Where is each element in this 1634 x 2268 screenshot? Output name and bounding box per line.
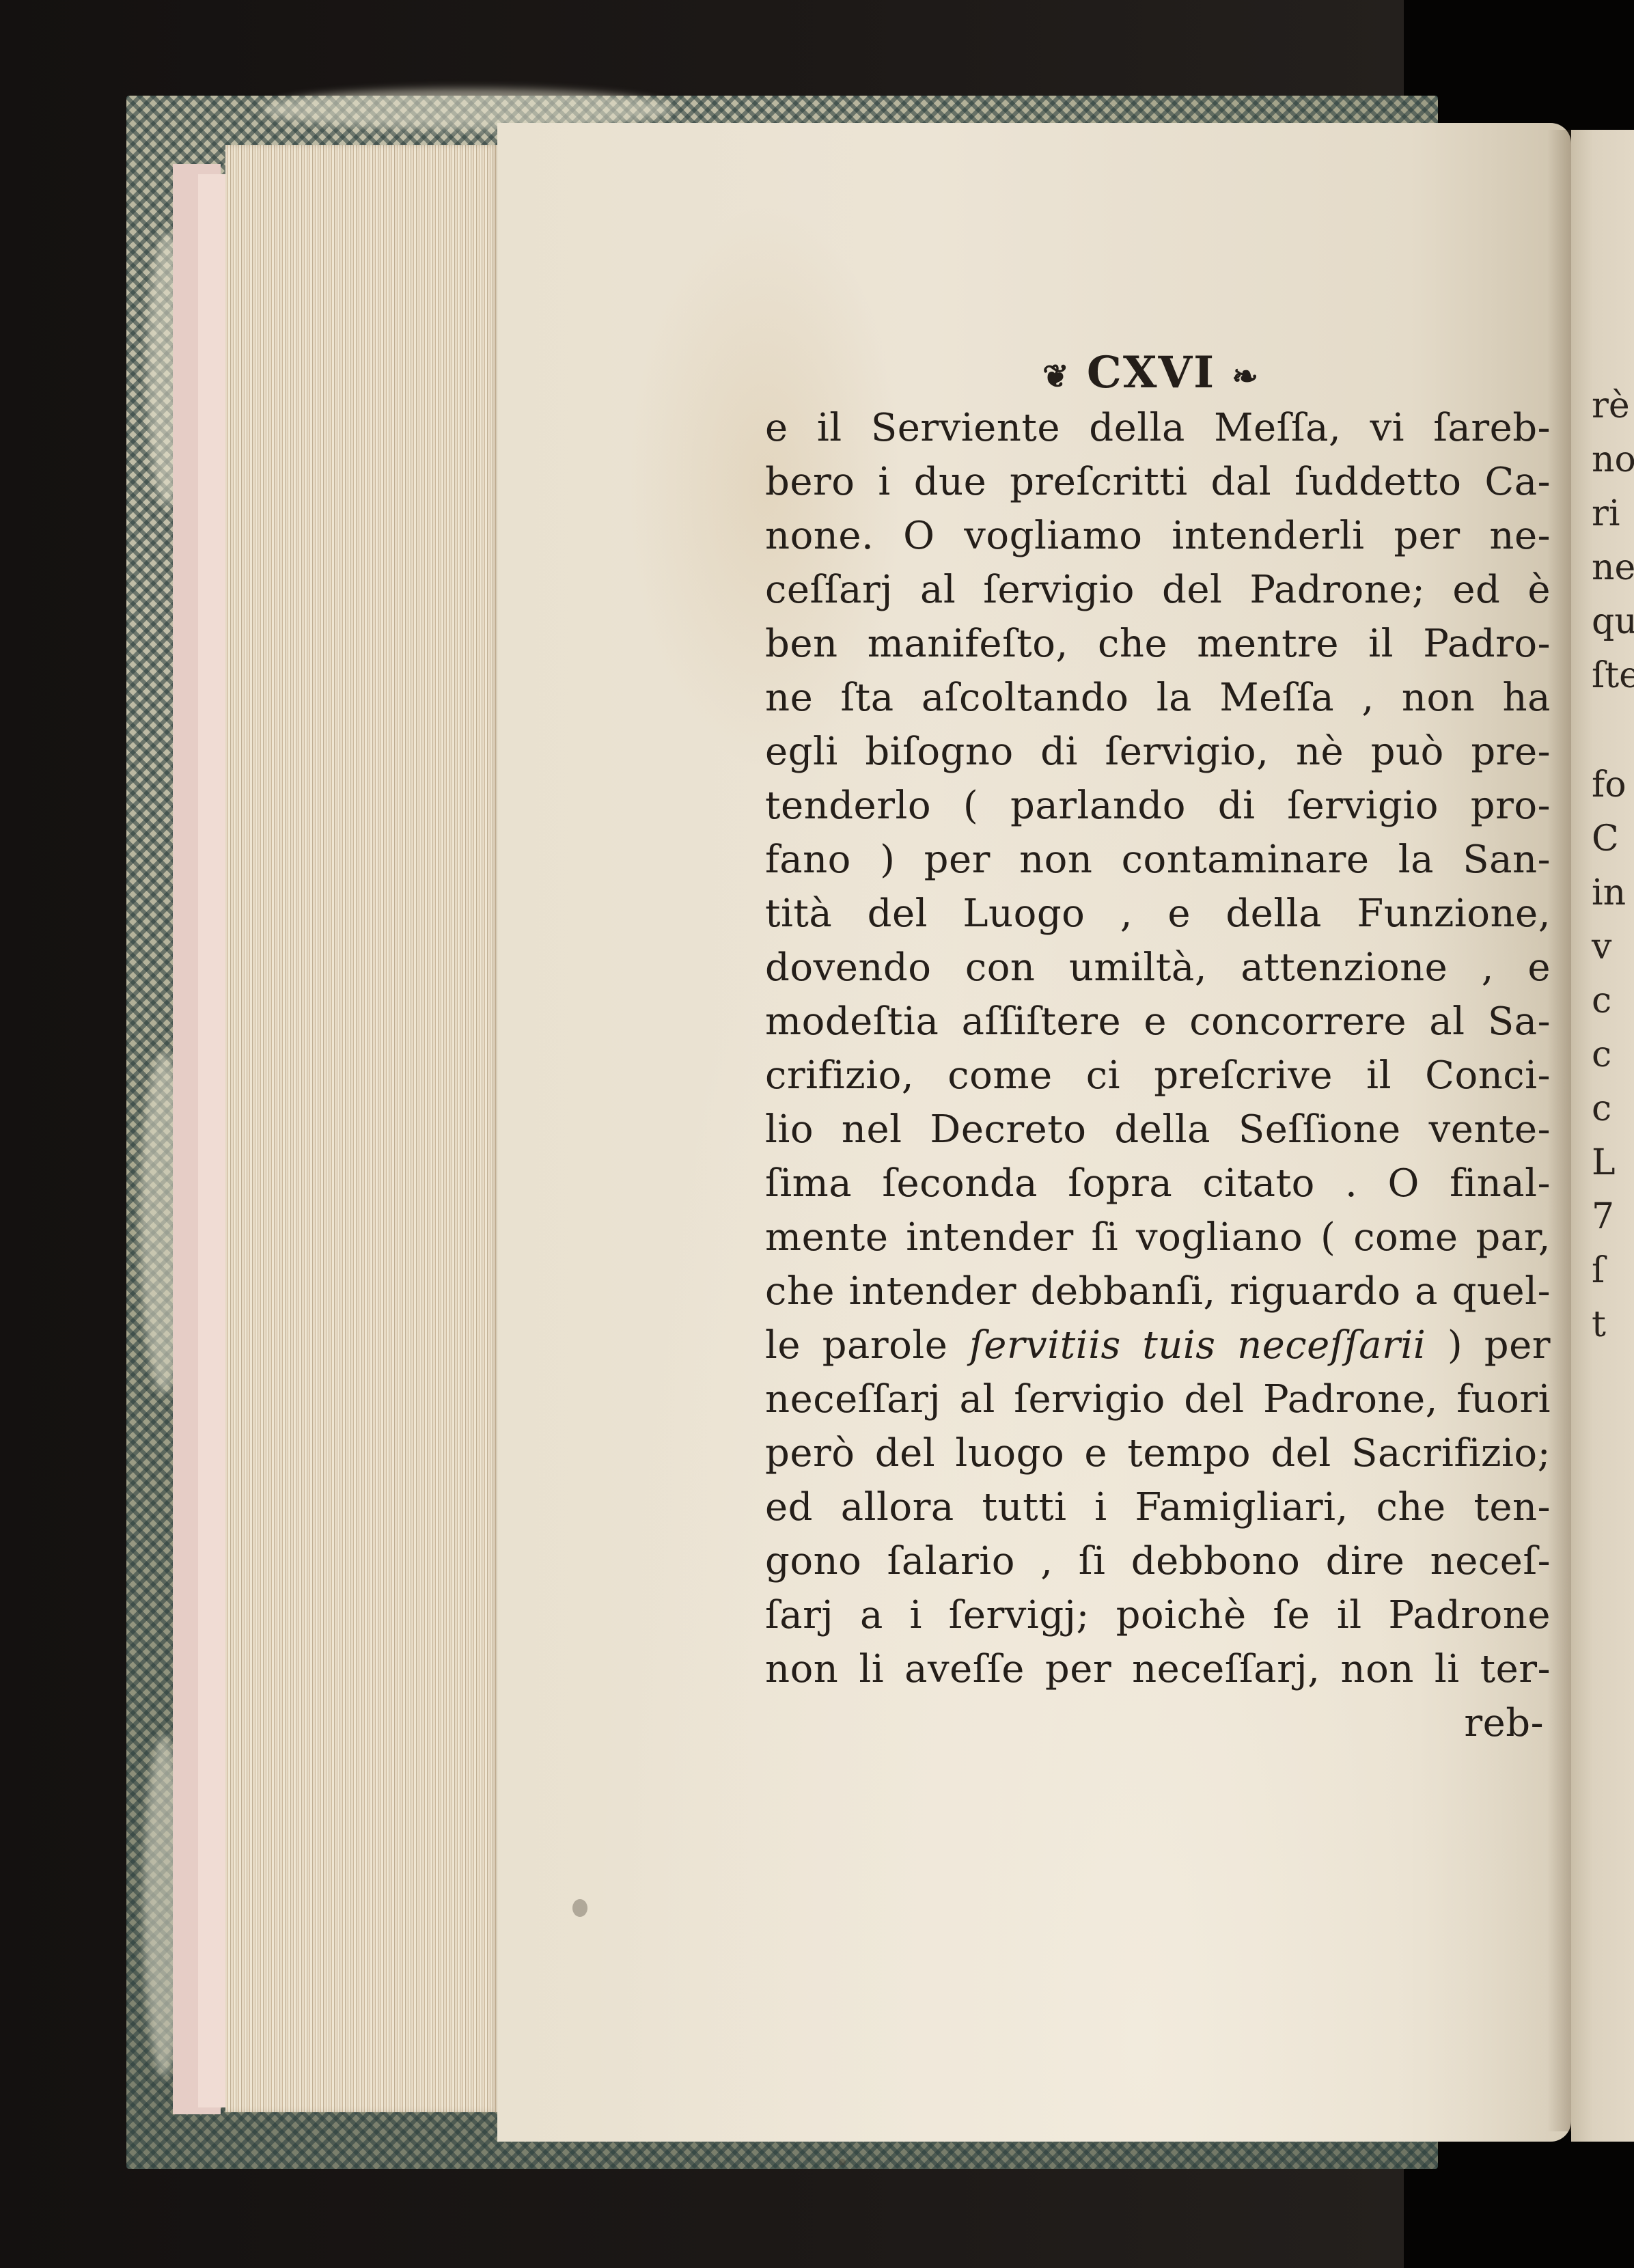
next-page-fragment: ſ: [1592, 1244, 1605, 1298]
text-line: neceſſarj al ſervigio del Padrone, fuori: [765, 1372, 1551, 1426]
text-line: ne ſta aſcoltando la Meſſa , non ha: [765, 671, 1551, 725]
text-line: dovendo con umiltà, attenzione , e: [765, 941, 1551, 995]
text-line: mente intender ſi vogliano ( come par,: [765, 1211, 1551, 1264]
running-header: ❦ CXVI ❧: [751, 345, 1551, 401]
text-line: none. O vogliamo intenderli per ne-: [765, 509, 1551, 563]
text-line: fano ) per non contaminare la San-: [765, 833, 1551, 887]
next-page-fragment: c: [1592, 1082, 1611, 1136]
text-line: ſima ſeconda ſopra citato . O final-: [765, 1157, 1551, 1211]
paper-stain: [572, 1899, 587, 1917]
next-page-fragment: no: [1592, 433, 1634, 487]
next-page-fragment: c: [1592, 1028, 1611, 1082]
text-line: modeſtia aſſiſtere e concorrere al Sa-: [765, 995, 1551, 1049]
next-page-fragment: v: [1592, 920, 1611, 974]
text-line: e il Serviente della Meſſa, vi ſareb-: [765, 401, 1551, 455]
text-line: non li aveſſe per neceſſarj, non li ter-: [765, 1642, 1551, 1696]
text-line: lio nel Decreto della Seſſione vente-: [765, 1103, 1551, 1157]
text-segment: le parole: [765, 1323, 947, 1368]
next-page-fragment: rè: [1592, 379, 1630, 433]
text-line: ſarj a i ſervigj; poichè ſe il Padrone: [765, 1588, 1551, 1642]
next-page-fragment: qu: [1592, 595, 1634, 649]
text-line: ben manifeſto, che mentre il Padro-: [765, 617, 1551, 671]
text-line: crifizio, come ci preſcrive il Conci-: [765, 1049, 1551, 1103]
page-text-block: ❦ CXVI ❧ e il Serviente della Meſſa, vi …: [765, 345, 1551, 1750]
text-line: bero i due preſcritti dal ſuddetto Ca-: [765, 455, 1551, 509]
paper-stain: [839, 2159, 846, 2166]
text-segment: ) per: [1448, 1323, 1551, 1368]
next-page-fragment: ſte: [1592, 649, 1634, 703]
next-page-fragment: ri: [1592, 487, 1620, 541]
text-line-with-latin: le parole ſervitiis tuis neceſſarii ) pe…: [765, 1318, 1551, 1372]
text-line: però del luogo e tempo del Sacrifizio;: [765, 1426, 1551, 1480]
text-line: gono ſalario , ſi debbono dire neceſ-: [765, 1534, 1551, 1588]
text-line: tenderlo ( parlando di ſervigio pro-: [765, 779, 1551, 833]
ornament-left-icon: ❦: [1042, 358, 1070, 395]
latin-quotation: ſervitiis tuis neceſſarii: [969, 1323, 1426, 1368]
next-page-fragment: c: [1592, 974, 1611, 1028]
next-page-fragment: t: [1592, 1298, 1606, 1352]
next-page-fragment: L: [1592, 1136, 1616, 1190]
next-page-fragment: 7: [1592, 1190, 1614, 1244]
page-number: CXVI: [1087, 347, 1215, 398]
pink-endpaper-inner: [198, 174, 225, 2107]
ornament-right-icon: ❧: [1232, 358, 1260, 395]
catchword: reb-: [765, 1696, 1551, 1750]
text-line: ceſſarj al ſervigio del Padrone; ed è: [765, 563, 1551, 617]
page-stack-edge: [225, 145, 499, 2112]
text-line: che intender debbanſi, riguardo a quel-: [765, 1264, 1551, 1318]
next-page-fragment: ne: [1592, 541, 1634, 595]
next-page-fragment: fo: [1592, 758, 1626, 812]
text-line: egli biſogno di ſervigio, nè può pre-: [765, 725, 1551, 779]
text-line: ed allora tutti i Famigliari, che ten-: [765, 1480, 1551, 1534]
text-line: tità del Luogo , e della Funzione,: [765, 887, 1551, 941]
next-page-fragment: C: [1592, 812, 1619, 866]
next-page-fragment: in: [1592, 866, 1626, 920]
